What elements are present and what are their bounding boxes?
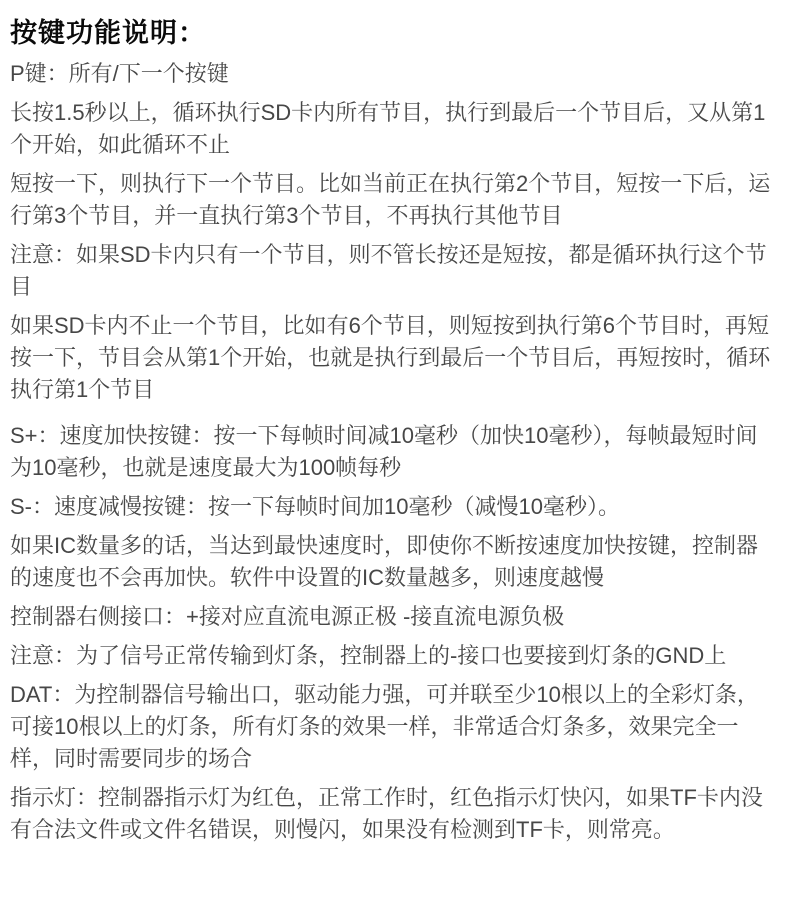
- paragraph-s-plus-speed-up: S+：速度加快按键：按一下每帧时间减10毫秒（加快10毫秒），每帧最短时间为10…: [10, 420, 776, 484]
- paragraph-s-minus-slow-down: S-：速度减慢按键：按一下每帧时间加10毫秒（减慢10毫秒）。: [10, 491, 776, 523]
- paragraph-right-port-power: 控制器右侧接口：+接对应直流电源正极 -接直流电源负极: [10, 601, 776, 633]
- paragraph-note-single-program: 注意：如果SD卡内只有一个节目，则不管长按还是短按，都是循环执行这个节目: [10, 239, 776, 303]
- page-title: 按键功能说明：: [10, 14, 776, 52]
- paragraph-note-gnd: 注意：为了信号正常传输到灯条，控制器上的-接口也要接到灯条的GND上: [10, 640, 776, 672]
- paragraph-dat-output: DAT：为控制器信号输出口，驱动能力强，可并联至少10根以上的全彩灯条，可接10…: [10, 679, 776, 775]
- paragraph-p-key: P键：所有/下一个按键: [10, 58, 776, 90]
- paragraph-short-press: 短按一下，则执行下一个节目。比如当前正在执行第2个节目，短按一下后，运行第3个节…: [10, 168, 776, 232]
- paragraph-long-press: 长按1.5秒以上，循环执行SD卡内所有节目，执行到最后一个节目后，又从第1个开始…: [10, 97, 776, 161]
- paragraph-multiple-programs: 如果SD卡内不止一个节目，比如有6个节目，则短按到执行第6个节目时，再短按一下，…: [10, 310, 776, 406]
- paragraph-indicator-light: 指示灯：控制器指示灯为红色，正常工作时，红色指示灯快闪，如果TF卡内没有合法文件…: [10, 782, 776, 846]
- document: 按键功能说明： P键：所有/下一个按键 长按1.5秒以上，循环执行SD卡内所有节…: [0, 0, 790, 863]
- paragraph-ic-count-speed: 如果IC数量多的话，当达到最快速度时，即使你不断按速度加快按键，控制器的速度也不…: [10, 530, 776, 594]
